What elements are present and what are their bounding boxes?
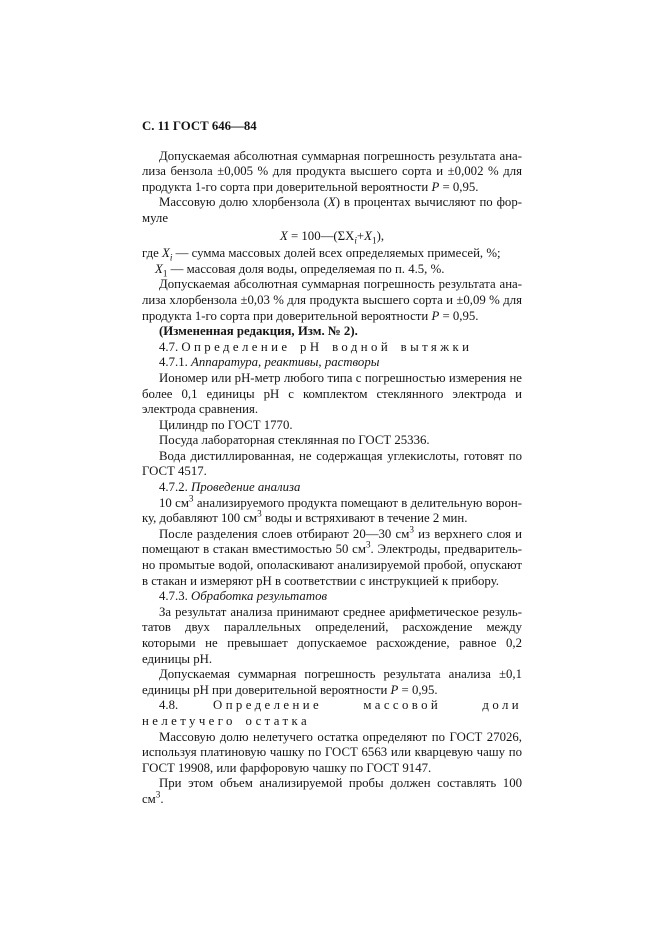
paragraph-benzene-tolerance: Допускаемая абсолютная суммарная погрешн… xyxy=(142,149,522,196)
paragraph-distilled-water: Вода дистиллированная, не содержащая угл… xyxy=(142,449,522,480)
paragraph-glassware: Посуда лабораторная стеклянная по ГОСТ 2… xyxy=(142,433,522,449)
paragraph-results-processing: За результат анализа принимают среднее а… xyxy=(142,605,522,667)
subsection-heading-4-7-1: 4.7.1. Аппаратура, реактивы, растворы xyxy=(142,355,522,371)
formula-chlorobenzene: X = 100—(ΣXi+X1), xyxy=(142,229,522,245)
paragraph-analysis-procedure-1: 10 см3 анализируемого продукта помещают … xyxy=(142,496,522,527)
paragraph-chlorobenzene-formula-intro: Массовую долю хлорбензола (X) в процента… xyxy=(142,195,522,226)
paragraph-chlorobenzene-tolerance: Допускаемая абсолютная суммарная погрешн… xyxy=(142,277,522,324)
section-heading-4-7: 4.7. Определение рН водной вытяжки xyxy=(142,340,522,356)
subsection-heading-4-7-2: 4.7.2. Проведение анализа xyxy=(142,480,522,496)
document-body: Допускаемая абсолютная суммарная погрешн… xyxy=(142,149,522,808)
paragraph-ionometer: Иономер или рН-метр любого типа с погреш… xyxy=(142,371,522,418)
page-header: С. 11 ГОСТ 646—84 xyxy=(142,119,522,135)
definition-x1: X1 — массовая доля воды, определяемая по… xyxy=(142,262,522,278)
document-page: С. 11 ГОСТ 646—84 Допускаемая абсолютная… xyxy=(0,0,661,936)
paragraph-nonvolatile-residue: Массовую долю нелетучего остатка определ… xyxy=(142,730,522,777)
amendment-note: (Измененная редакция, Изм. № 2). xyxy=(142,324,522,340)
subsection-heading-4-7-3: 4.7.3. Обработка результатов xyxy=(142,589,522,605)
section-heading-4-8: 4.8. Определение массовой доли нелетучег… xyxy=(142,698,522,729)
paragraph-ph-tolerance: Допускаемая суммарная погрешность резуль… xyxy=(142,667,522,698)
definition-where-xi: где Xi — сумма массовых долей всех опред… xyxy=(142,246,522,262)
paragraph-analysis-procedure-2: После разделения слоев отбирают 20—30 см… xyxy=(142,527,522,589)
paragraph-sample-volume: При этом объем анализируемой пробы долже… xyxy=(142,776,522,807)
paragraph-cylinder: Цилиндр по ГОСТ 1770. xyxy=(142,418,522,434)
